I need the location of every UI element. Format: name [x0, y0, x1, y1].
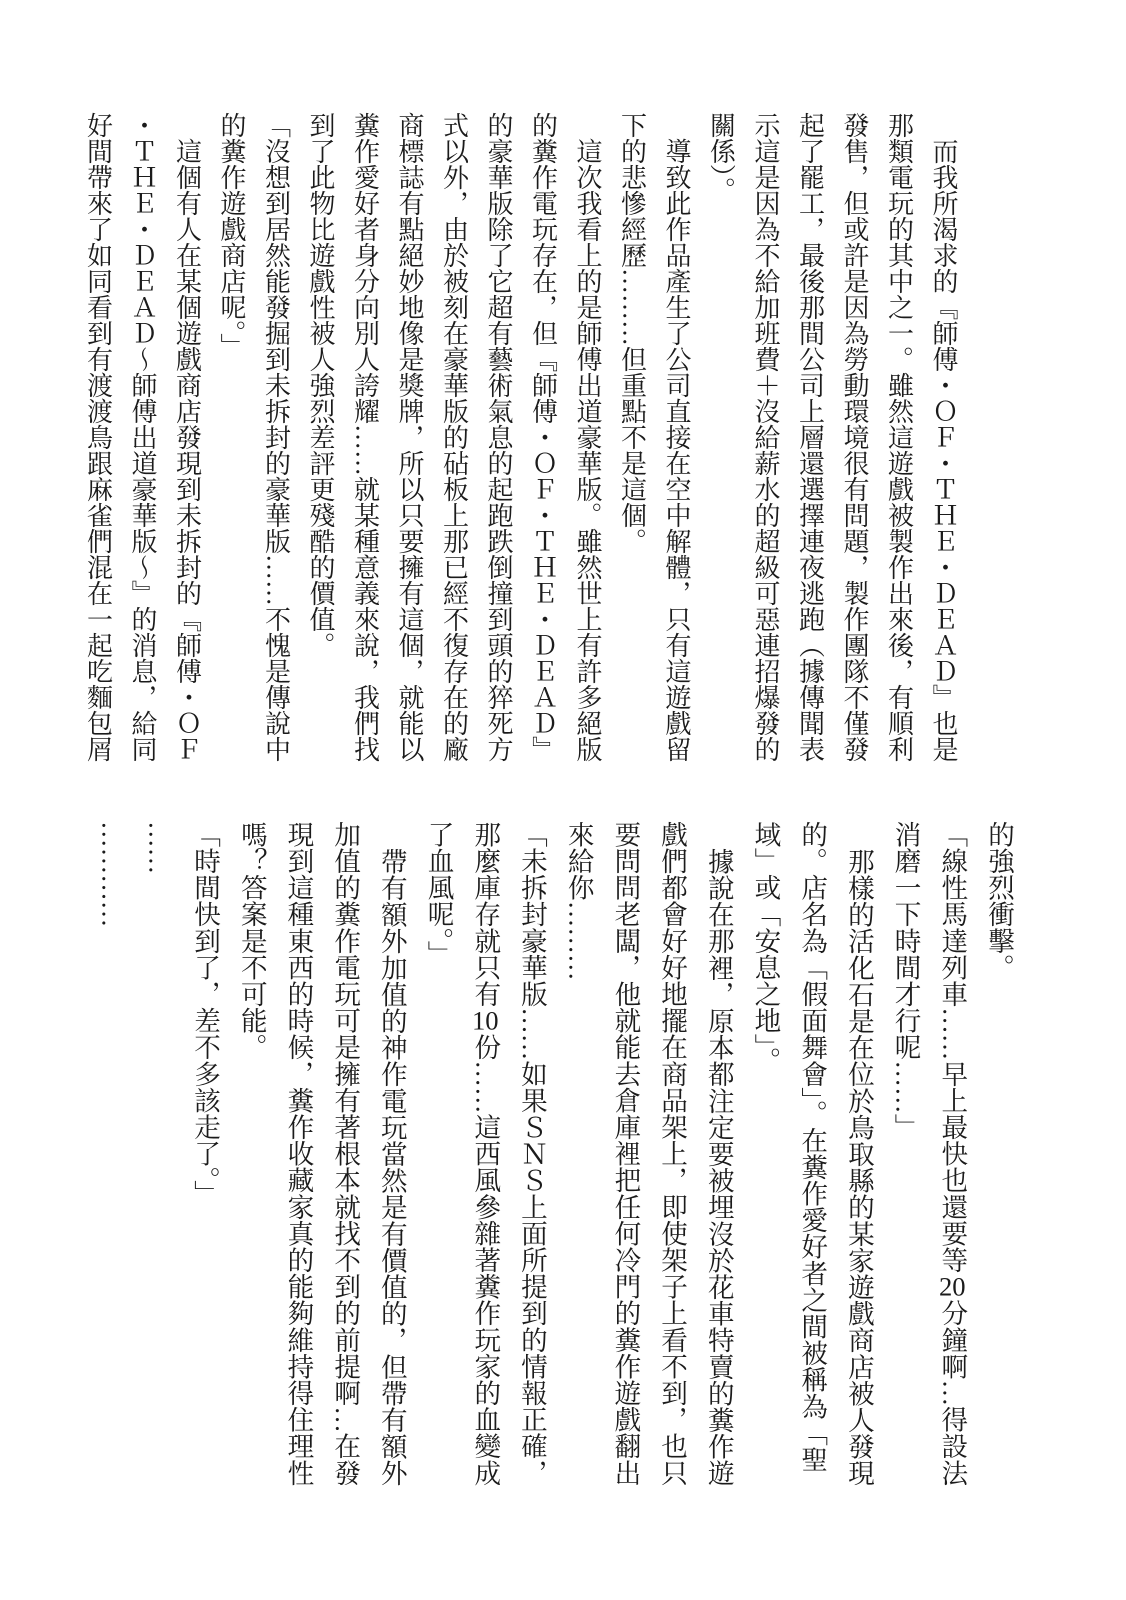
paragraph: 「未拆封豪華版……如果ＳＮＳ上面所提到的情報正確，那麼庫存就只有10份……這西風… [415, 821, 555, 1496]
paragraph: 導致此作品產生了公司直接在空中解體，只有這遊戲留下的悲慘經歷………但重點不是這個… [609, 112, 698, 772]
paragraph: 據說在那裡，原本都注定要被埋沒於花車特賣的糞作遊戲們都會好好地擺在商品架上，即使… [555, 821, 742, 1496]
paragraph: 帶有額外加值的神作電玩當然是有價值的，但帶有額外加值的糞作電玩可是擁有著根本就找… [228, 821, 415, 1496]
paragraph: 「時間快到了，差不多該走了。」 [181, 821, 228, 1496]
bottom-page-text-block: 的強烈衝擊。「線性馬達列車……早上最快也還要等20分鐘啊…得設法消磨一下時間才行… [88, 821, 1022, 1496]
paragraph: 這次我看上的是師傅出道豪華版。雖然世上有許多絕版的糞作電玩存在，但『師傅・ＯＦ・… [298, 112, 610, 772]
paragraph: …… [135, 821, 182, 1496]
paragraph: 「沒想到居然能發掘到未拆封的豪華版……不愧是傳說中的糞作遊戲商店呢。」 [209, 112, 298, 772]
paragraph: 而我所渴求的『師傅・ＯＦ・ＴＨＥ・ＤＥＡＤ』也是那類電玩的其中之一。雖然這遊戲被… [698, 112, 965, 772]
paragraph: 那樣的活化石是在位於鳥取縣的某家遊戲商店被人發現的。店名為「假面舞會」。在糞作愛… [742, 821, 882, 1496]
tate-chu-yoko-number: 10 [470, 1007, 500, 1034]
paragraph: 「線性馬達列車……早上最快也還要等20分鐘啊…得設法消磨一下時間才行呢……」 [882, 821, 975, 1496]
paragraph: ………… [88, 821, 135, 1496]
paragraph: 這個有人在某個遊戲商店發現到未拆封的『師傅・ＯＦ・ＴＨＥ・ＤＥＡＤ～師傅出道豪華… [75, 112, 209, 772]
book-page-spread: 而我所渴求的『師傅・ＯＦ・ＴＨＥ・ＤＥＡＤ』也是那類電玩的其中之一。雖然這遊戲被… [0, 0, 1126, 1600]
tate-chu-yoko-number: 20 [937, 1273, 967, 1300]
paragraph: 的強烈衝擊。 [975, 821, 1022, 1496]
top-page-text-block: 而我所渴求的『師傅・ＯＦ・ＴＨＥ・ＤＥＡＤ』也是那類電玩的其中之一。雖然這遊戲被… [75, 112, 965, 772]
